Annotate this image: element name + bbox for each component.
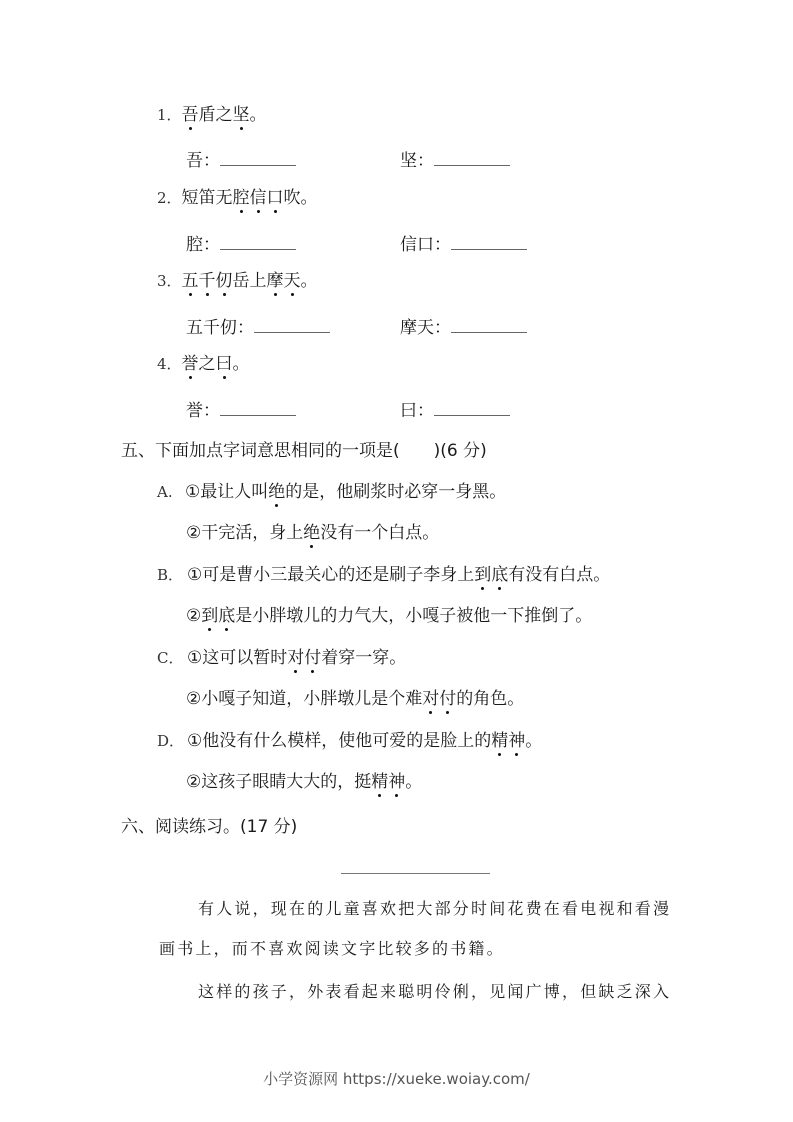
text-segment: ② bbox=[186, 606, 201, 626]
emphasized-char: 付 bbox=[439, 687, 456, 711]
text-segment: 吹。 bbox=[284, 188, 318, 208]
answer-blank[interactable] bbox=[434, 397, 510, 416]
answer-label: 曰： bbox=[400, 401, 434, 421]
emphasized-char: 到 bbox=[201, 604, 218, 628]
emphasized-char: 绝 bbox=[268, 480, 285, 504]
question-2: 2．短笛无腔信口吹。 bbox=[157, 186, 318, 210]
text-segment: 盾之 bbox=[199, 105, 233, 125]
text-segment: ②这孩子眼睛大大的，挺 bbox=[186, 772, 371, 792]
text-segment: 的角色。 bbox=[456, 689, 524, 709]
passage-line-1: 有人说，现在的儿童喜欢把大部分时间花费在看电视和看漫 bbox=[198, 897, 671, 921]
question-3: 3．五千仞岳上摩天。 bbox=[157, 269, 318, 293]
answer-field: 曰： bbox=[400, 397, 510, 423]
option-a-line1[interactable]: A.①最让人叫绝的是，他刷浆时必穿一身黑。 bbox=[157, 480, 506, 504]
emphasized-char: 五 bbox=[182, 269, 199, 293]
answer-blank[interactable] bbox=[451, 314, 527, 333]
option-letter: C． bbox=[157, 646, 187, 670]
option-c-line1[interactable]: C．①这可以暂时对付着穿一穿。 bbox=[157, 646, 406, 670]
text-segment: 有没有白点。 bbox=[508, 565, 610, 585]
emphasized-char: 底 bbox=[491, 563, 508, 587]
text-segment: 。 bbox=[301, 271, 318, 291]
emphasized-char: 信 bbox=[250, 186, 267, 210]
emphasized-char: 摩 bbox=[267, 269, 284, 293]
text-segment: ①可是曹小三最关心的还是刷子李身上 bbox=[187, 565, 474, 585]
emphasized-char: 到 bbox=[474, 563, 491, 587]
answer-blank[interactable] bbox=[254, 314, 330, 333]
section5-heading: 五、下面加点字词意思相同的一项是( )(6 分) bbox=[121, 439, 487, 463]
emphasized-char: 绝 bbox=[303, 521, 320, 545]
option-letter: A. bbox=[157, 480, 185, 504]
text-segment: 。 bbox=[405, 772, 422, 792]
question-number: 3． bbox=[157, 272, 182, 290]
passage-line-3: 这样的孩子，外表看起来聪明伶俐，见闻广博，但缺乏深入 bbox=[198, 980, 671, 1004]
text-segment: 。 bbox=[233, 354, 250, 374]
emphasized-char: 精 bbox=[371, 770, 388, 794]
text-segment: ①最让人叫 bbox=[185, 482, 268, 502]
answer-label: 誉： bbox=[186, 401, 220, 421]
answer-label: 五千仞： bbox=[186, 318, 254, 338]
text-segment: ①他没有什么模样，使他可爱的是脸上的 bbox=[187, 731, 491, 751]
emphasized-char: 天 bbox=[284, 269, 301, 293]
answer-label: 吾： bbox=[186, 151, 220, 171]
emphasized-char: 神 bbox=[388, 770, 405, 794]
emphasized-char: 对 bbox=[422, 687, 439, 711]
question-number: 2． bbox=[157, 189, 182, 207]
option-c-line2: ②小嘎子知道，小胖墩儿是个难对付的角色。 bbox=[186, 687, 524, 711]
emphasized-char: 对 bbox=[287, 646, 304, 670]
answer-label: 腔： bbox=[186, 235, 220, 255]
answer-field: 五千仞： bbox=[186, 314, 330, 340]
answer-field: 摩天： bbox=[400, 314, 527, 340]
emphasized-char: 腔 bbox=[233, 186, 250, 210]
question-number: 4． bbox=[157, 355, 182, 373]
text-segment: 短笛无 bbox=[182, 188, 233, 208]
emphasized-char: 精 bbox=[491, 729, 508, 753]
answer-field: 誉： bbox=[186, 397, 296, 423]
emphasized-char: 坚 bbox=[233, 103, 250, 127]
emphasized-char: 付 bbox=[304, 646, 321, 670]
text-segment: 。 bbox=[525, 731, 542, 751]
answer-field: 信口： bbox=[400, 231, 527, 257]
emphasized-char: 誉 bbox=[182, 352, 199, 376]
answer-blank[interactable] bbox=[220, 147, 296, 166]
emphasized-char: 神 bbox=[508, 729, 525, 753]
footer-watermark: 小学资源网 https://xueke.woiay.com/ bbox=[0, 1068, 793, 1089]
emphasized-char: 曰 bbox=[216, 352, 233, 376]
answer-label: 摩天： bbox=[400, 318, 451, 338]
answer-label: 信口： bbox=[400, 235, 451, 255]
text-segment: 的是，他刷浆时必穿一身黑。 bbox=[285, 482, 506, 502]
answer-blank[interactable] bbox=[220, 231, 296, 250]
option-letter: B． bbox=[157, 563, 187, 587]
emphasized-char: 底 bbox=[218, 604, 235, 628]
option-a-line2: ②干完活，身上绝没有一个白点。 bbox=[186, 521, 439, 545]
option-d-line1[interactable]: D．①他没有什么模样，使他可爱的是脸上的精神。 bbox=[157, 729, 542, 753]
option-d-line2: ②这孩子眼睛大大的，挺精神。 bbox=[186, 770, 422, 794]
answer-blank[interactable] bbox=[451, 231, 527, 250]
text-segment: 是小胖墩儿的力气大，小嘎子被他一下推倒了。 bbox=[235, 606, 592, 626]
emphasized-char: 仞 bbox=[216, 269, 233, 293]
section6-heading: 六、阅读练习。(17 分) bbox=[121, 815, 297, 839]
emphasized-char: 吾 bbox=[182, 103, 199, 127]
answer-label: 坚： bbox=[400, 151, 434, 171]
question-number: 1． bbox=[157, 106, 182, 124]
text-segment: 着穿一穿。 bbox=[321, 648, 406, 668]
text-segment: 。 bbox=[250, 105, 267, 125]
text-segment: 岳上 bbox=[233, 271, 267, 291]
answer-blank[interactable] bbox=[220, 397, 296, 416]
answer-field: 吾： bbox=[186, 147, 296, 173]
text-segment: ②干完活，身上 bbox=[186, 523, 303, 543]
passage-line-2: 画书上，而不喜欢阅读文字比较多的书籍。 bbox=[159, 937, 505, 961]
question-4: 4．誉之曰。 bbox=[157, 352, 250, 376]
answer-blank[interactable] bbox=[434, 147, 510, 166]
option-b-line2: ②到底是小胖墩儿的力气大，小嘎子被他一下推倒了。 bbox=[186, 604, 592, 628]
text-segment: 没有一个白点。 bbox=[320, 523, 439, 543]
emphasized-char: 千 bbox=[199, 269, 216, 293]
passage-title-blank[interactable] bbox=[341, 873, 490, 874]
text-segment: ①这可以暂时 bbox=[187, 648, 287, 668]
answer-field: 坚： bbox=[400, 147, 510, 173]
emphasized-char: 口 bbox=[267, 186, 284, 210]
option-b-line1[interactable]: B．①可是曹小三最关心的还是刷子李身上到底有没有白点。 bbox=[157, 563, 610, 587]
question-1: 1．吾盾之坚。 bbox=[157, 103, 267, 127]
option-letter: D． bbox=[157, 729, 187, 753]
answer-field: 腔： bbox=[186, 231, 296, 257]
text-segment: ②小嘎子知道，小胖墩儿是个难 bbox=[186, 689, 422, 709]
text-segment: 之 bbox=[199, 354, 216, 374]
